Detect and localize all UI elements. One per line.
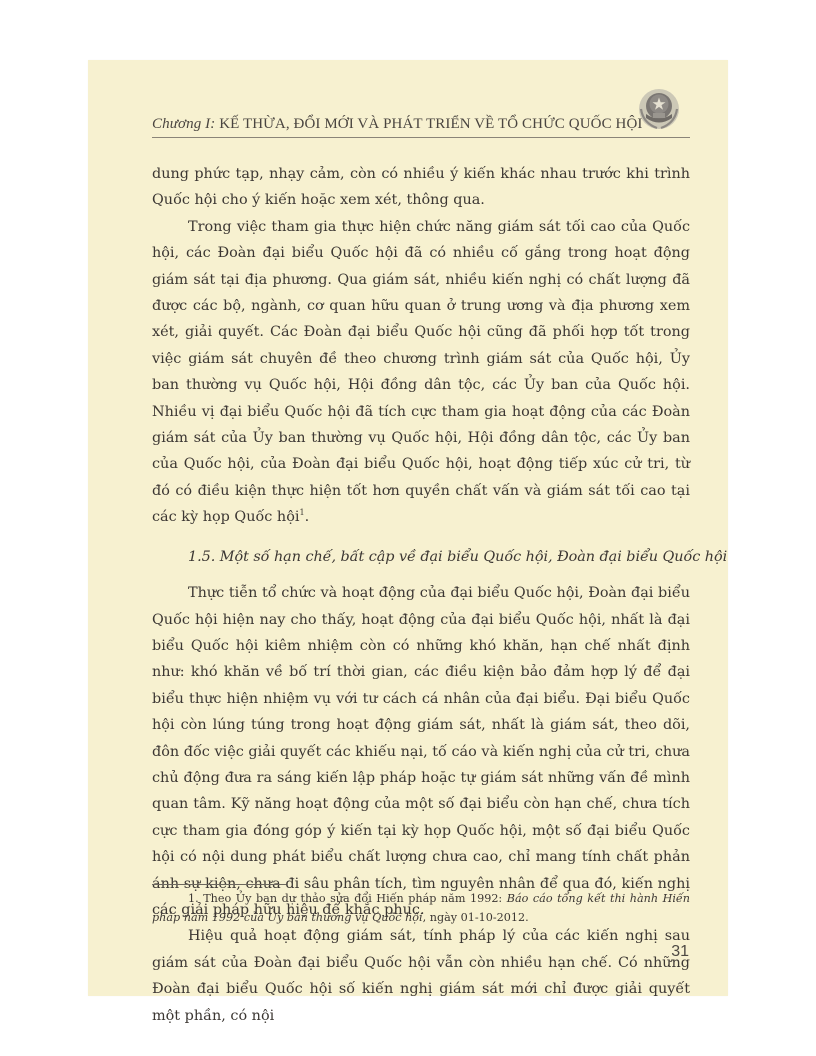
footnote-text: 1. Theo Ủy ban dự thảo sửa đổi Hiến pháp…: [152, 889, 690, 927]
paragraph: Thực tiễn tổ chức và hoạt động của đại b…: [152, 580, 690, 923]
paragraph: Trong việc tham gia thực hiện chức năng …: [152, 214, 690, 531]
book-page: Chương I: KẾ THỪA, ĐỔI MỚI VÀ PHÁT TRIỂN…: [88, 60, 728, 996]
chapter-label: Chương I:: [152, 116, 215, 132]
paragraph-end: .: [305, 509, 310, 525]
running-header: Chương I: KẾ THỪA, ĐỔI MỚI VÀ PHÁT TRIỂN…: [152, 116, 690, 138]
chapter-title: KẾ THỪA, ĐỔI MỚI VÀ PHÁT TRIỂN VỀ TỔ CHỨ…: [215, 116, 642, 132]
section-heading: 1.5. Một số hạn chế, bất cập về đại biểu…: [152, 544, 690, 570]
footnote-number: 1.: [188, 892, 199, 905]
paragraph: dung phức tạp, nhạy cảm, còn có nhiều ý …: [152, 161, 690, 214]
footnote-rule: [152, 884, 286, 885]
paragraph-text: Trong việc tham gia thực hiện chức năng …: [152, 219, 690, 525]
footnote-lead: Theo Ủy ban dự thảo sửa đổi Hiến pháp nă…: [199, 892, 507, 905]
paragraph: Hiệu quả hoạt động giám sát, tính pháp l…: [152, 923, 690, 1029]
vietnam-national-emblem-icon: [637, 87, 681, 131]
footnote: 1. Theo Ủy ban dự thảo sửa đổi Hiến pháp…: [152, 889, 690, 927]
header-rule: [152, 137, 690, 138]
footnote-tail: , ngày 01-10-2012.: [423, 911, 529, 924]
page-number: 31: [643, 943, 689, 961]
